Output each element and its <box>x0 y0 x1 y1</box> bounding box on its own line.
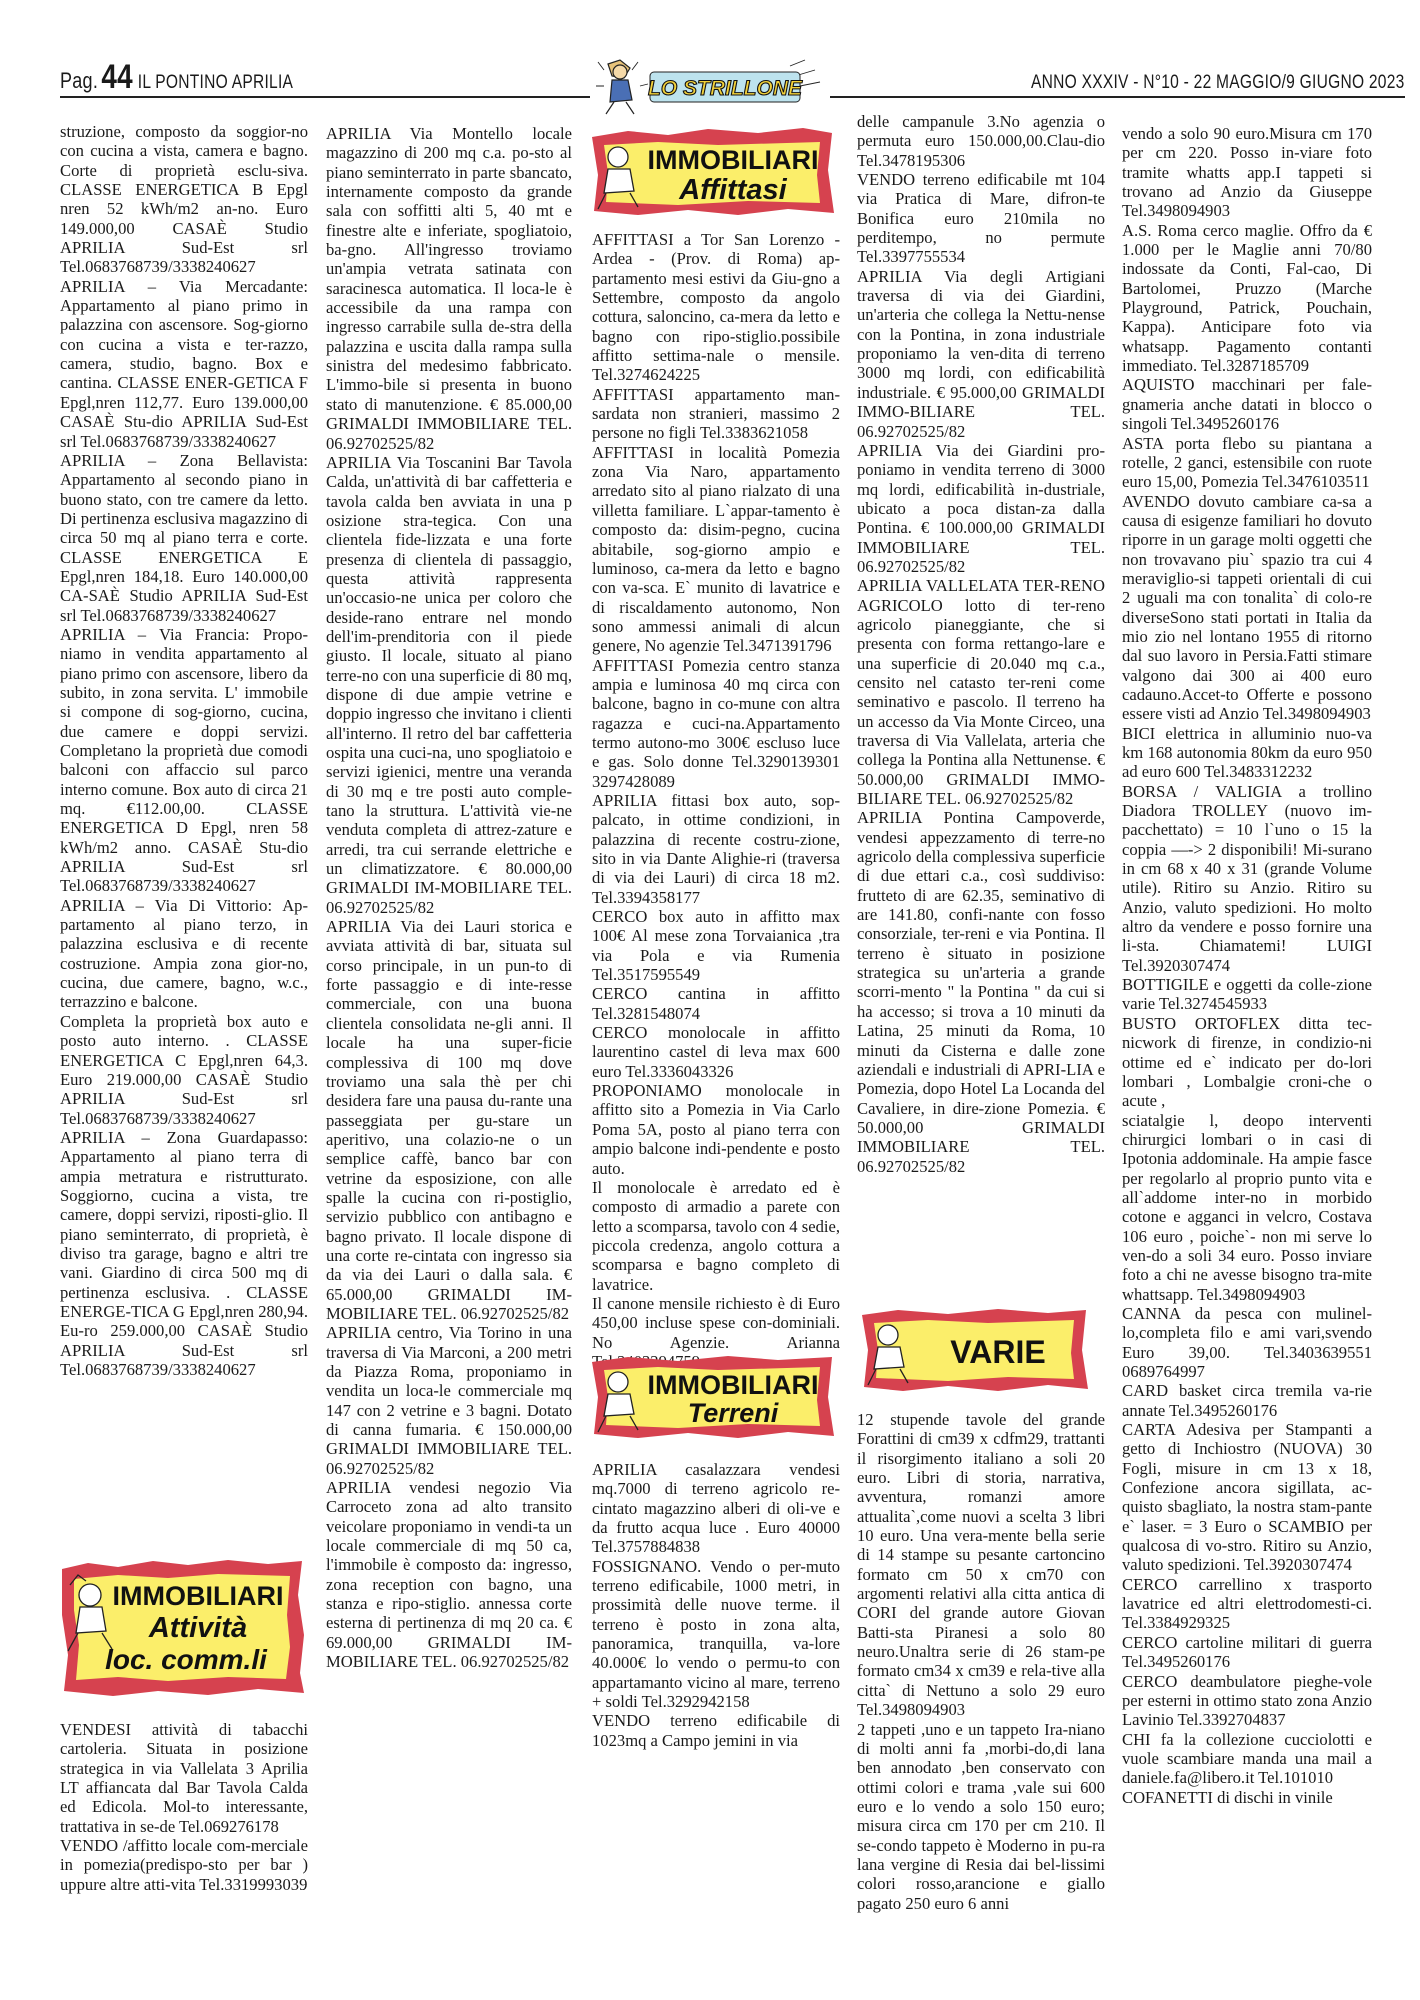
classified-ad: AVENDO dovuto cambiare ca-sa a causa di … <box>1122 492 1372 724</box>
column-3: AFFITTASI a Tor San Lorenzo - Ardea - (P… <box>592 230 840 1371</box>
section-banner-affittasi: IMMOBILIARI Affittasi <box>588 125 838 220</box>
classified-ad: BORSA / VALIGIA a trollino Diadora TROLL… <box>1122 782 1372 975</box>
section-banner-varie: VARIE <box>858 1305 1090 1395</box>
newsboy-mascot-icon: LO STRILLONE <box>590 56 830 118</box>
logo-text: LO STRILLONE <box>648 77 803 100</box>
classified-ad: COFANETTI di dischi in vinile <box>1122 1788 1372 1807</box>
classified-ad: CHI fa la collezione cucciolotti e vuole… <box>1122 1730 1372 1788</box>
classified-ad: APRILIA – Via Francia: Propo-niamo in ve… <box>60 625 308 896</box>
classified-ad: APRILIA – Zona Bellavista: Appartamento … <box>60 451 308 625</box>
column-2: APRILIA Via Montello locale magazzino di… <box>326 124 572 1672</box>
page-prefix: Pag. <box>60 68 98 93</box>
classified-ad: APRILIA VALLELATA TER-RENO AGRICOLO lott… <box>857 576 1105 808</box>
classified-ad: FOSSIGNANO. Vendo o per-muto terreno edi… <box>592 1557 840 1712</box>
column-4: delle campanule 3.No agenzia o permuta e… <box>857 112 1105 1176</box>
classified-ad: APRILIA Pontina Campoverde, vendesi appe… <box>857 808 1105 1176</box>
classified-ad: APRILIA Via dei Giardini pro-poniamo in … <box>857 441 1105 576</box>
classified-ad: APRILIA Via Toscanini Bar Tavola Calda, … <box>326 453 572 917</box>
classified-ad: Il monolocale è arredato ed è composto d… <box>592 1178 840 1294</box>
classified-ad: AFFITTASI a Tor San Lorenzo - Ardea - (P… <box>592 230 840 385</box>
classified-ad: 2 tappeti ,uno e un tappeto Ira-niano di… <box>857 1720 1105 1913</box>
classified-ad: APRILIA – Via Di Vittorio: Ap-partamento… <box>60 896 308 1012</box>
classified-ad: APRILIA casalazzara vendesi mq.7000 di t… <box>592 1460 840 1557</box>
classified-ad: CERCO carrellino x trasporto lavatrice e… <box>1122 1575 1372 1633</box>
classified-ad: 12 stupende tavole del grande Forattini … <box>857 1410 1105 1720</box>
section-banner-terreni: IMMOBILIARI Terreni <box>588 1352 838 1442</box>
classified-ad: CARD basket circa tremila va-rie annate … <box>1122 1381 1372 1420</box>
classified-ad: APRILIA fittasi box auto, sop-palcato, i… <box>592 791 840 907</box>
column-5: vendo a solo 90 euro.Misura cm 170 per c… <box>1122 124 1372 1807</box>
classified-ad: BOTTIGILE e oggetti da colle-zione varie… <box>1122 975 1372 1014</box>
classified-ad: CERCO monolocale in affitto laurentino c… <box>592 1023 840 1081</box>
classified-ad: VENDESI attività di tabacchi cartoleria.… <box>60 1720 308 1836</box>
classified-ad: vendo a solo 90 euro.Misura cm 170 per c… <box>1122 124 1372 221</box>
column-3-after-banner: APRILIA casalazzara vendesi mq.7000 di t… <box>592 1460 840 1750</box>
classified-ad: APRILIA – Via Mercadante: Appartamento a… <box>60 277 308 451</box>
classified-ad: AFFITTASI in località Pomezia zona Via N… <box>592 443 840 656</box>
classified-ad: ASTA porta flebo su piantana a rotelle, … <box>1122 434 1372 492</box>
classified-ad: APRILIA vendesi negozio Via Carroceto zo… <box>326 1478 572 1671</box>
page-number: 44 <box>101 58 133 96</box>
classified-ad: struzione, composto da soggior-no con cu… <box>60 122 308 277</box>
classified-ad: CERCO box auto in affitto max 100€ Al me… <box>592 907 840 984</box>
banner-line-1: IMMOBILIARI <box>648 145 819 175</box>
classified-ad: CARTA Adesiva per Stampanti a getto di I… <box>1122 1420 1372 1575</box>
strillone-logo: LO STRILLONE <box>590 56 830 118</box>
banner-line-2: Attività <box>148 1612 247 1644</box>
banner-line-1: IMMOBILIARI <box>648 1370 819 1400</box>
classified-ad: CANNA da pesca con mulinel-lo,completa f… <box>1122 1304 1372 1381</box>
classified-ad: VENDO terreno edificabile di 1023mq a Ca… <box>592 1711 840 1750</box>
banner-line-1: VARIE <box>950 1334 1045 1370</box>
classified-ad: APRILIA Via dei Lauri storica e avviata … <box>326 917 572 1323</box>
classified-ad: AFFITTASI Pomezia centro stanza ampia e … <box>592 656 840 791</box>
classified-ad: PROPONIAMO monolocale in affitto sito a … <box>592 1081 840 1178</box>
classified-ad: APRILIA Via degli Artigiani traversa di … <box>857 267 1105 441</box>
classified-ad: Completa la proprietà box auto e posto a… <box>60 1012 308 1128</box>
classified-ad: APRILIA – Zona Guardapasso: Appartamento… <box>60 1128 308 1379</box>
classified-ad: VENDO terreno edificabile mt 104 via Pra… <box>857 170 1105 267</box>
classified-ad: APRILIA centro, Via Torino in una traver… <box>326 1323 572 1478</box>
classified-ad: delle campanule 3.No agenzia o permuta e… <box>857 112 1105 170</box>
banner-line-2: Terreni <box>688 1398 779 1428</box>
column-1: struzione, composto da soggior-no con cu… <box>60 122 308 1379</box>
page-label: Pag.44IL PONTINO APRILIA <box>60 60 293 94</box>
column-1-after-banner: VENDESI attività di tabacchi cartoleria.… <box>60 1720 308 1894</box>
banner-line-2: Affittasi <box>678 174 787 206</box>
section-banner-attivita: IMMOBILIARI Attività loc. comm.li <box>58 1555 308 1700</box>
classified-ad: AFFITTASI appartamento man-sardata non s… <box>592 385 840 443</box>
classified-ad: BICI elettrica in alluminio nuo-va km 16… <box>1122 724 1372 782</box>
classified-ad: APRILIA Via Montello locale magazzino di… <box>326 124 572 453</box>
classified-ad: AQUISTO macchinari per fale-gnameria anc… <box>1122 375 1372 433</box>
publication-name: IL PONTINO APRILIA <box>138 72 293 93</box>
column-4-after-banner: 12 stupende tavole del grande Forattini … <box>857 1410 1105 1913</box>
classified-ad: CERCO cartoline militari di guerra Tel.3… <box>1122 1633 1372 1672</box>
banner-line-3: loc. comm.li <box>105 1644 268 1675</box>
banner-line-1: IMMOBILIARI <box>113 1581 284 1611</box>
classified-ad: CERCO cantina in affitto Tel.3281548074 <box>592 984 840 1023</box>
issue-info: ANNO XXXIV - N°10 - 22 MAGGIO/9 GIUGNO 2… <box>1031 72 1405 94</box>
classified-ad: BUSTO ORTOFLEX ditta tec-nicwork di fire… <box>1122 1014 1372 1111</box>
classified-ad: sciatalgie l, deopo interventi chirurgic… <box>1122 1111 1372 1304</box>
classified-ad: VENDO /affitto locale com-merciale in po… <box>60 1836 308 1894</box>
classified-ad: CERCO deambulatore pieghe-vole per ester… <box>1122 1672 1372 1730</box>
classified-ad: A.S. Roma cerco maglie. Offro da € 1.000… <box>1122 221 1372 376</box>
